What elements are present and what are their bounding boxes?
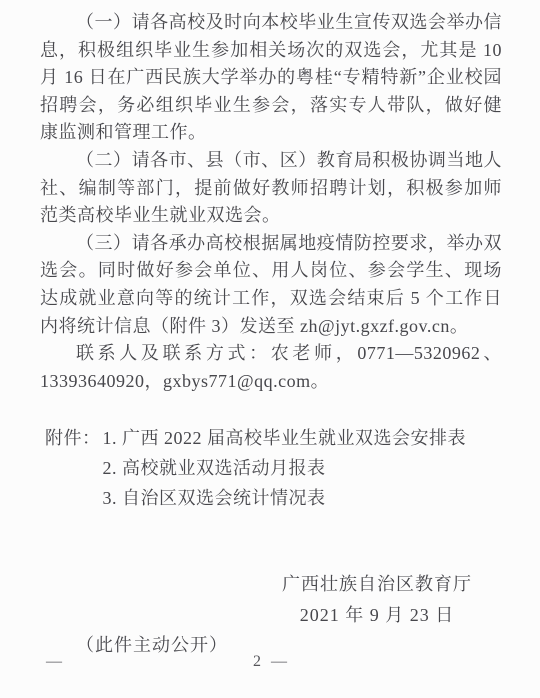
signature-block: 广西壮族自治区教育厅 2021 年 9 月 23 日 — [282, 569, 472, 631]
attachments-label: 附件： — [45, 423, 101, 513]
page-number: 2— — [0, 653, 540, 671]
issue-date: 2021 年 9 月 23 日 — [282, 600, 472, 631]
attachment-item-2: 2. 高校就业双选活动月报表 — [103, 453, 467, 483]
footer-right-dash: — — [271, 653, 287, 670]
body-paragraph-contact: 联系人及联系方式：农老师，0771—5320962、13393640920，gx… — [40, 340, 502, 395]
page-footer: — 2— — [0, 653, 540, 677]
body-paragraph-1: （一）请各高校及时向本校毕业生宣传双选会举办信息，积极组织毕业生参加相关场次的双… — [40, 9, 502, 147]
attachments-block: 附件： 1. 广西 2022 届高校毕业生就业双选会安排表 2. 高校就业双选活… — [0, 423, 540, 513]
attachments-list: 1. 广西 2022 届高校毕业生就业双选会安排表 2. 高校就业双选活动月报表… — [103, 423, 467, 513]
attachment-item-1: 1. 广西 2022 届高校毕业生就业双选会安排表 — [103, 423, 467, 453]
attachment-item-3: 3. 自治区双选会统计情况表 — [103, 483, 467, 513]
page-number-value: 2 — [253, 653, 261, 670]
issuer-name: 广西壮族自治区教育厅 — [282, 569, 472, 600]
body-paragraph-3: （三）请各承办高校根据属地疫情防控要求，举办双选会。同时做好参会单位、用人岗位、… — [40, 230, 502, 340]
body-paragraph-2: （二）请各市、县（市、区）教育局积极协调当地人社、编制等部门，提前做好教师招聘计… — [40, 147, 502, 230]
document-page: （一）请各高校及时向本校毕业生宣传双选会举办信息，积极组织毕业生参加相关场次的双… — [0, 0, 540, 698]
document-body: （一）请各高校及时向本校毕业生宣传双选会举办信息，积极组织毕业生参加相关场次的双… — [0, 0, 540, 395]
